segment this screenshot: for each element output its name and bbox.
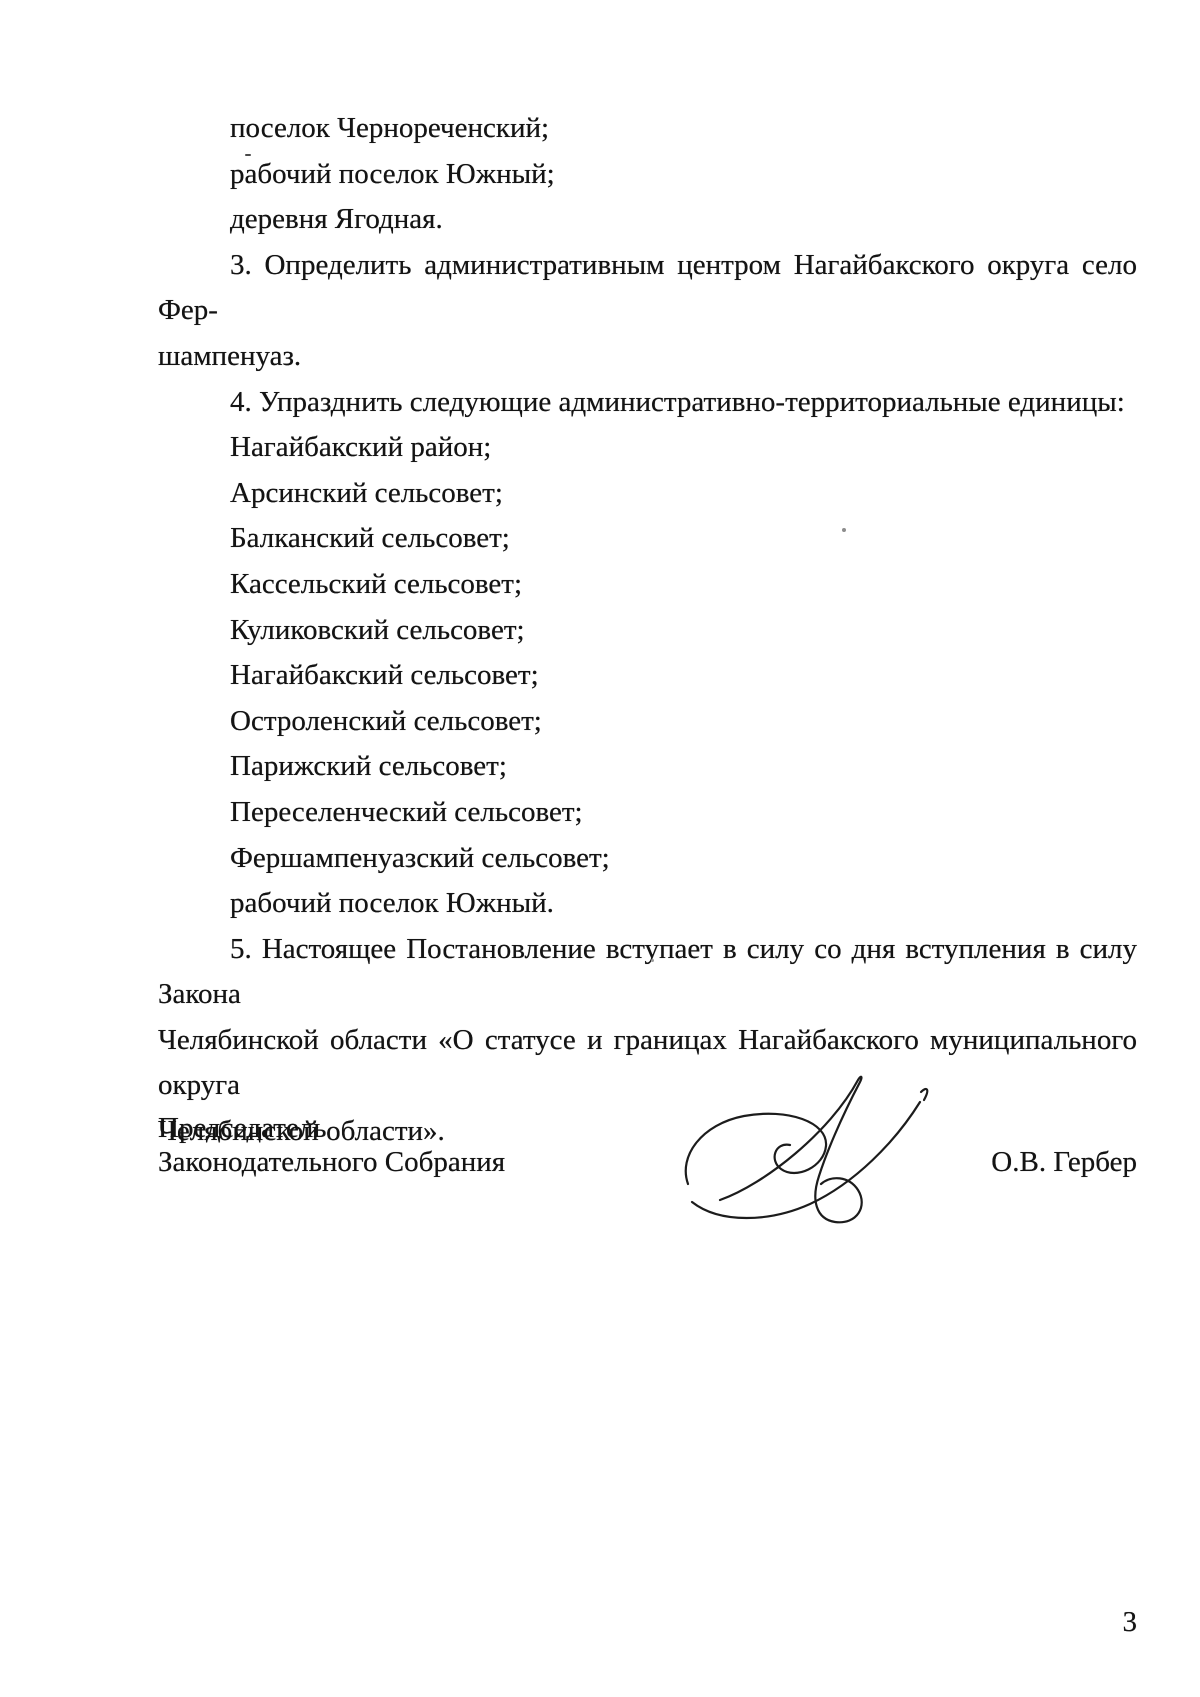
text-line: деревня Ягодная.: [158, 197, 1137, 243]
text-line: Арсинский сельсовет;: [158, 471, 1137, 517]
scan-artifact: [245, 154, 251, 156]
text-line: Балканский сельсовет;: [158, 516, 1137, 562]
text-line: поселок Чернореченский;: [158, 106, 1137, 152]
text-line: Нагайбакский район;: [158, 425, 1137, 471]
text-line: Куликовский сельсовет;: [158, 608, 1137, 654]
scan-artifact: [842, 528, 846, 532]
text-line: 4. Упразднить следующие административно-…: [158, 380, 1137, 426]
text-line: Фершампенуазский сельсовет;: [158, 836, 1137, 882]
page-number: 3: [1123, 1605, 1138, 1639]
handwritten-signature-icon: [680, 1072, 930, 1230]
text-line: Кассельский сельсовет;: [158, 562, 1137, 608]
signer-title-line: Председатель: [158, 1111, 505, 1145]
document-page: поселок Чернореченский;рабочий поселок Ю…: [0, 0, 1200, 1697]
text-line: Переселенческий сельсовет;: [158, 790, 1137, 836]
signature-block: Председатель Законодательного Собрания: [158, 1111, 505, 1179]
text-line: Нагайбакский сельсовет;: [158, 653, 1137, 699]
text-line: 3. Определить административным центром Н…: [158, 243, 1137, 334]
text-line: рабочий поселок Южный.: [158, 881, 1137, 927]
text-line: 5. Настоящее Постановление вступает в си…: [158, 927, 1137, 1018]
signer-title-line: Законодательного Собрания: [158, 1145, 505, 1179]
scan-artifact: [651, 959, 654, 962]
document-body: поселок Чернореченский;рабочий поселок Ю…: [158, 106, 1137, 1155]
text-line: шампенуаз.: [158, 334, 1137, 380]
text-line: Остроленский сельсовет;: [158, 699, 1137, 745]
text-line: Челябинской области «О статусе и граница…: [158, 1018, 1137, 1109]
text-line: рабочий поселок Южный;: [158, 152, 1137, 198]
text-line: Парижский сельсовет;: [158, 744, 1137, 790]
signer-name: О.В. Гербер: [991, 1145, 1137, 1179]
